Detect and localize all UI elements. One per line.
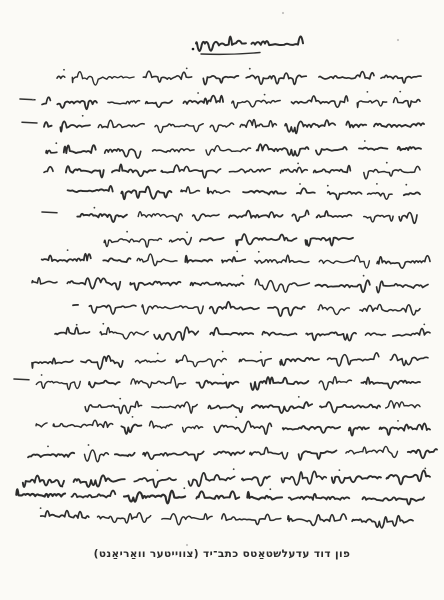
- ink-stroke: [183, 426, 203, 432]
- ink-stroke: [289, 494, 350, 500]
- ink-stroke: [41, 511, 89, 519]
- ink-stroke: [363, 497, 425, 504]
- handwritten-line: [32, 351, 428, 370]
- ink-stroke: [320, 402, 380, 413]
- ink-dot: [41, 374, 43, 376]
- ink-dot: [236, 251, 238, 253]
- ink-stroke: [361, 377, 420, 388]
- ink-stroke: [240, 120, 276, 128]
- ink-stroke: [23, 476, 64, 487]
- ink-dot: [61, 486, 63, 488]
- poem-title-handwritten: [192, 37, 303, 55]
- ink-dot: [186, 231, 188, 233]
- ink-stroke: [130, 282, 180, 291]
- ink-stroke: [242, 476, 270, 485]
- ink-stroke: [103, 258, 130, 262]
- ink-stroke: [85, 450, 109, 462]
- ink-stroke: [121, 187, 171, 200]
- ink-stroke: [398, 147, 421, 150]
- handwritten-line: [46, 140, 421, 158]
- ink-stroke: [359, 148, 387, 150]
- ink-stroke: [196, 37, 246, 51]
- ink-dot: [423, 324, 425, 326]
- ink-stroke: [44, 122, 52, 127]
- ink-stroke: [105, 149, 141, 158]
- ink-stroke: [135, 360, 165, 363]
- ink-stroke: [257, 144, 309, 156]
- ink-stroke: [315, 280, 369, 292]
- handwritten-line: [32, 275, 428, 293]
- ink-stroke: [318, 305, 349, 315]
- ink-stroke: [352, 516, 413, 528]
- ink-dot: [367, 91, 369, 93]
- ink-stroke: [366, 333, 386, 335]
- manuscript-page: פון דוד עדעלשטאַטס כתב־יד (צווייטער וואַ…: [0, 0, 444, 600]
- handwritten-line: [14, 374, 420, 390]
- ink-stroke: [142, 305, 203, 314]
- ink-stroke: [239, 359, 271, 367]
- ink-stroke: [85, 401, 142, 413]
- ink-stroke: [115, 453, 135, 456]
- ink-dot: [327, 185, 329, 187]
- ink-dot: [197, 92, 199, 94]
- handwritten-line: [22, 115, 424, 134]
- ink-dot: [47, 446, 49, 448]
- ink-stroke: [153, 149, 195, 152]
- ink-dot: [126, 231, 128, 233]
- ink-stroke: [306, 332, 356, 340]
- ink-stroke: [268, 307, 305, 317]
- handwritten-line: [36, 416, 430, 436]
- ink-stroke: [229, 211, 283, 218]
- ink-stroke: [297, 188, 315, 193]
- ink-stroke: [16, 489, 65, 497]
- ink-dot: [298, 396, 300, 398]
- ink-stroke: [247, 492, 282, 500]
- title-period: [192, 48, 195, 51]
- ink-stroke: [55, 327, 90, 334]
- ink-stroke: [210, 328, 253, 335]
- scan-speck: [32, 99, 34, 101]
- ink-dot: [424, 468, 426, 470]
- ink-stroke: [46, 151, 57, 154]
- ink-stroke: [134, 478, 176, 487]
- ink-stroke: [152, 402, 197, 413]
- ink-dot: [55, 142, 57, 144]
- ink-stroke: [143, 451, 204, 460]
- handwritten-line: [73, 302, 420, 316]
- ink-stroke: [299, 450, 337, 460]
- ink-stroke: [377, 256, 430, 268]
- ink-stroke: [229, 169, 270, 173]
- ink-stroke: [181, 187, 200, 193]
- ink-stroke: [42, 97, 50, 104]
- ink-stroke: [89, 305, 136, 314]
- ink-stroke: [89, 381, 120, 388]
- ink-dot: [233, 468, 235, 470]
- ink-stroke: [346, 121, 366, 127]
- ink-stroke: [146, 101, 173, 108]
- ink-dot: [386, 162, 388, 164]
- ink-stroke: [57, 101, 97, 110]
- ink-stroke: [387, 470, 431, 484]
- ink-stroke: [390, 354, 428, 365]
- ink-dot: [102, 323, 104, 325]
- ink-stroke: [349, 427, 369, 435]
- ink-stroke: [291, 96, 347, 107]
- title-underline: [201, 53, 260, 55]
- ink-stroke: [214, 421, 271, 434]
- ink-stroke: [292, 210, 309, 221]
- ink-stroke: [74, 475, 125, 486]
- ink-stroke: [77, 214, 127, 222]
- ink-stroke: [262, 332, 296, 336]
- ink-stroke: [185, 256, 212, 263]
- ink-stroke: [357, 100, 387, 107]
- ink-stroke: [346, 446, 398, 457]
- ink-stroke: [381, 75, 421, 83]
- ink-stroke: [380, 423, 431, 435]
- caption: פון דוד עדעלשטאַטס כתב־יד (צווייטער וואַ…: [0, 548, 444, 560]
- ink-stroke: [208, 405, 242, 412]
- handwritten-line: [44, 162, 420, 179]
- handwritten-line: [20, 91, 420, 110]
- ink-dot: [242, 275, 244, 277]
- ink-stroke: [232, 100, 280, 108]
- ink-stroke: [112, 164, 155, 176]
- ink-stroke: [131, 377, 186, 388]
- ink-stroke: [66, 166, 104, 177]
- handwritten-line: [57, 68, 421, 86]
- ink-dot: [40, 507, 42, 509]
- ink-dot: [399, 91, 401, 93]
- ink-stroke: [280, 358, 319, 365]
- ink-stroke: [314, 166, 351, 173]
- ink-stroke: [154, 327, 198, 340]
- ink-stroke: [250, 447, 288, 459]
- ink-stroke: [252, 402, 312, 413]
- handwritten-line: [85, 396, 420, 414]
- ink-dot: [157, 469, 159, 471]
- ink-stroke: [399, 213, 417, 224]
- handwritten-line: [55, 323, 430, 341]
- ink-stroke: [100, 328, 148, 339]
- ink-dot: [94, 207, 96, 209]
- ink-stroke: [196, 491, 239, 499]
- end-dash: [14, 379, 29, 380]
- ink-stroke: [332, 476, 381, 483]
- ink-stroke: [386, 401, 420, 408]
- ink-stroke: [32, 358, 73, 368]
- ink-stroke: [104, 238, 161, 247]
- ink-stroke: [42, 254, 91, 262]
- ink-stroke: [404, 192, 420, 195]
- ink-stroke: [108, 101, 140, 104]
- ink-dot: [82, 115, 84, 117]
- ink-dot: [76, 324, 78, 326]
- ink-stroke: [280, 167, 307, 173]
- ink-stroke: [81, 356, 123, 369]
- ink-stroke: [193, 214, 219, 221]
- ink-dot: [88, 444, 90, 446]
- ink-stroke: [64, 145, 96, 153]
- ink-dot: [183, 487, 185, 489]
- ink-stroke: [44, 167, 53, 173]
- ink-dot: [258, 251, 260, 253]
- ink-dot: [260, 351, 262, 353]
- ink-stroke: [222, 257, 246, 263]
- end-dash: [22, 122, 37, 123]
- ink-dot: [157, 353, 159, 355]
- ink-dot: [376, 183, 378, 185]
- ink-stroke: [377, 281, 428, 293]
- ink-stroke: [319, 256, 369, 268]
- handwritten-line: [28, 444, 437, 462]
- ink-stroke: [53, 420, 112, 427]
- ink-stroke: [189, 473, 235, 486]
- ink-stroke: [162, 514, 212, 525]
- ink-stroke: [285, 120, 335, 133]
- ink-stroke: [36, 423, 47, 427]
- ink-stroke: [364, 166, 420, 178]
- ink-stroke: [316, 147, 347, 155]
- ink-dot: [264, 94, 266, 96]
- ink-stroke: [282, 471, 327, 485]
- ink-stroke: [124, 491, 185, 504]
- ink-stroke: [222, 514, 281, 525]
- ink-stroke: [374, 123, 424, 127]
- ink-stroke: [255, 255, 309, 263]
- ink-stroke: [252, 37, 304, 46]
- handwritten-line: [16, 486, 424, 505]
- ink-stroke: [243, 191, 286, 195]
- ink-stroke: [183, 96, 223, 104]
- ink-stroke: [155, 124, 203, 133]
- ink-dot: [186, 68, 188, 70]
- ink-stroke: [328, 192, 362, 200]
- ink-stroke: [72, 491, 116, 498]
- ink-stroke: [214, 451, 244, 455]
- ink-dot: [363, 275, 365, 277]
- end-dash: [42, 212, 57, 213]
- ink-stroke: [190, 282, 243, 286]
- ink-stroke: [200, 238, 224, 242]
- ink-stroke: [319, 377, 351, 390]
- ink-stroke: [319, 72, 374, 79]
- ink-dot: [269, 488, 271, 490]
- handwritten-line: [42, 207, 417, 224]
- ink-stroke: [288, 514, 347, 526]
- ink-stroke: [143, 71, 192, 82]
- ink-stroke: [360, 305, 420, 316]
- ink-stroke: [98, 513, 151, 523]
- ink-stroke: [32, 278, 57, 284]
- ink-stroke: [60, 121, 90, 131]
- ink-stroke: [203, 76, 238, 85]
- ink-dot: [397, 420, 399, 422]
- ink-stroke: [236, 234, 296, 245]
- scan-speck: [186, 544, 188, 546]
- ink-stroke: [210, 302, 259, 314]
- ink-stroke: [394, 98, 421, 107]
- ink-stroke: [28, 453, 74, 458]
- ink-stroke: [138, 212, 182, 222]
- scan-speck: [397, 39, 399, 41]
- ink-dot: [222, 374, 224, 376]
- ink-dot: [297, 163, 299, 165]
- ink-stroke: [98, 120, 144, 127]
- ink-stroke: [206, 146, 251, 155]
- ink-stroke: [393, 328, 430, 336]
- ink-stroke: [368, 193, 393, 200]
- ink-stroke: [72, 72, 134, 85]
- ink-dot: [405, 184, 407, 186]
- ink-stroke: [251, 377, 309, 390]
- handwritten-line: [40, 507, 413, 528]
- ink-stroke: [57, 76, 65, 78]
- ink-dot: [222, 351, 224, 353]
- ink-stroke: [170, 238, 192, 245]
- ink-stroke: [161, 165, 220, 178]
- ink-dot: [339, 469, 341, 471]
- ink-dot: [299, 183, 301, 185]
- ink-dot: [132, 416, 134, 418]
- ink-stroke: [176, 355, 226, 367]
- ink-stroke: [68, 186, 113, 192]
- ink-stroke: [317, 211, 352, 218]
- ink-stroke: [121, 425, 141, 434]
- handwritten-line: [42, 249, 430, 268]
- ink-stroke: [305, 238, 353, 246]
- handwriting-ink: [0, 0, 444, 600]
- ink-stroke: [283, 426, 340, 433]
- ink-stroke: [328, 353, 379, 366]
- ink-stroke: [67, 278, 120, 290]
- ink-dot: [249, 68, 251, 70]
- ink-stroke: [255, 279, 309, 292]
- ink-stroke: [137, 254, 177, 266]
- ink-dot: [235, 416, 237, 418]
- ink-stroke: [364, 215, 393, 221]
- ink-dot: [364, 140, 366, 142]
- ink-stroke: [150, 421, 173, 428]
- ink-stroke: [246, 73, 306, 84]
- scan-speck: [282, 12, 284, 14]
- handwritten-line: [104, 231, 353, 247]
- ink-stroke: [36, 381, 80, 389]
- ink-stroke: [197, 381, 239, 388]
- ink-stroke: [408, 449, 437, 458]
- ink-dot: [63, 69, 65, 71]
- handwritten-line: [23, 468, 430, 488]
- ink-dot: [119, 398, 121, 400]
- handwritten-line: [68, 183, 420, 199]
- ink-dot: [67, 249, 69, 251]
- ink-stroke: [208, 188, 230, 194]
- ink-stroke: [210, 123, 233, 132]
